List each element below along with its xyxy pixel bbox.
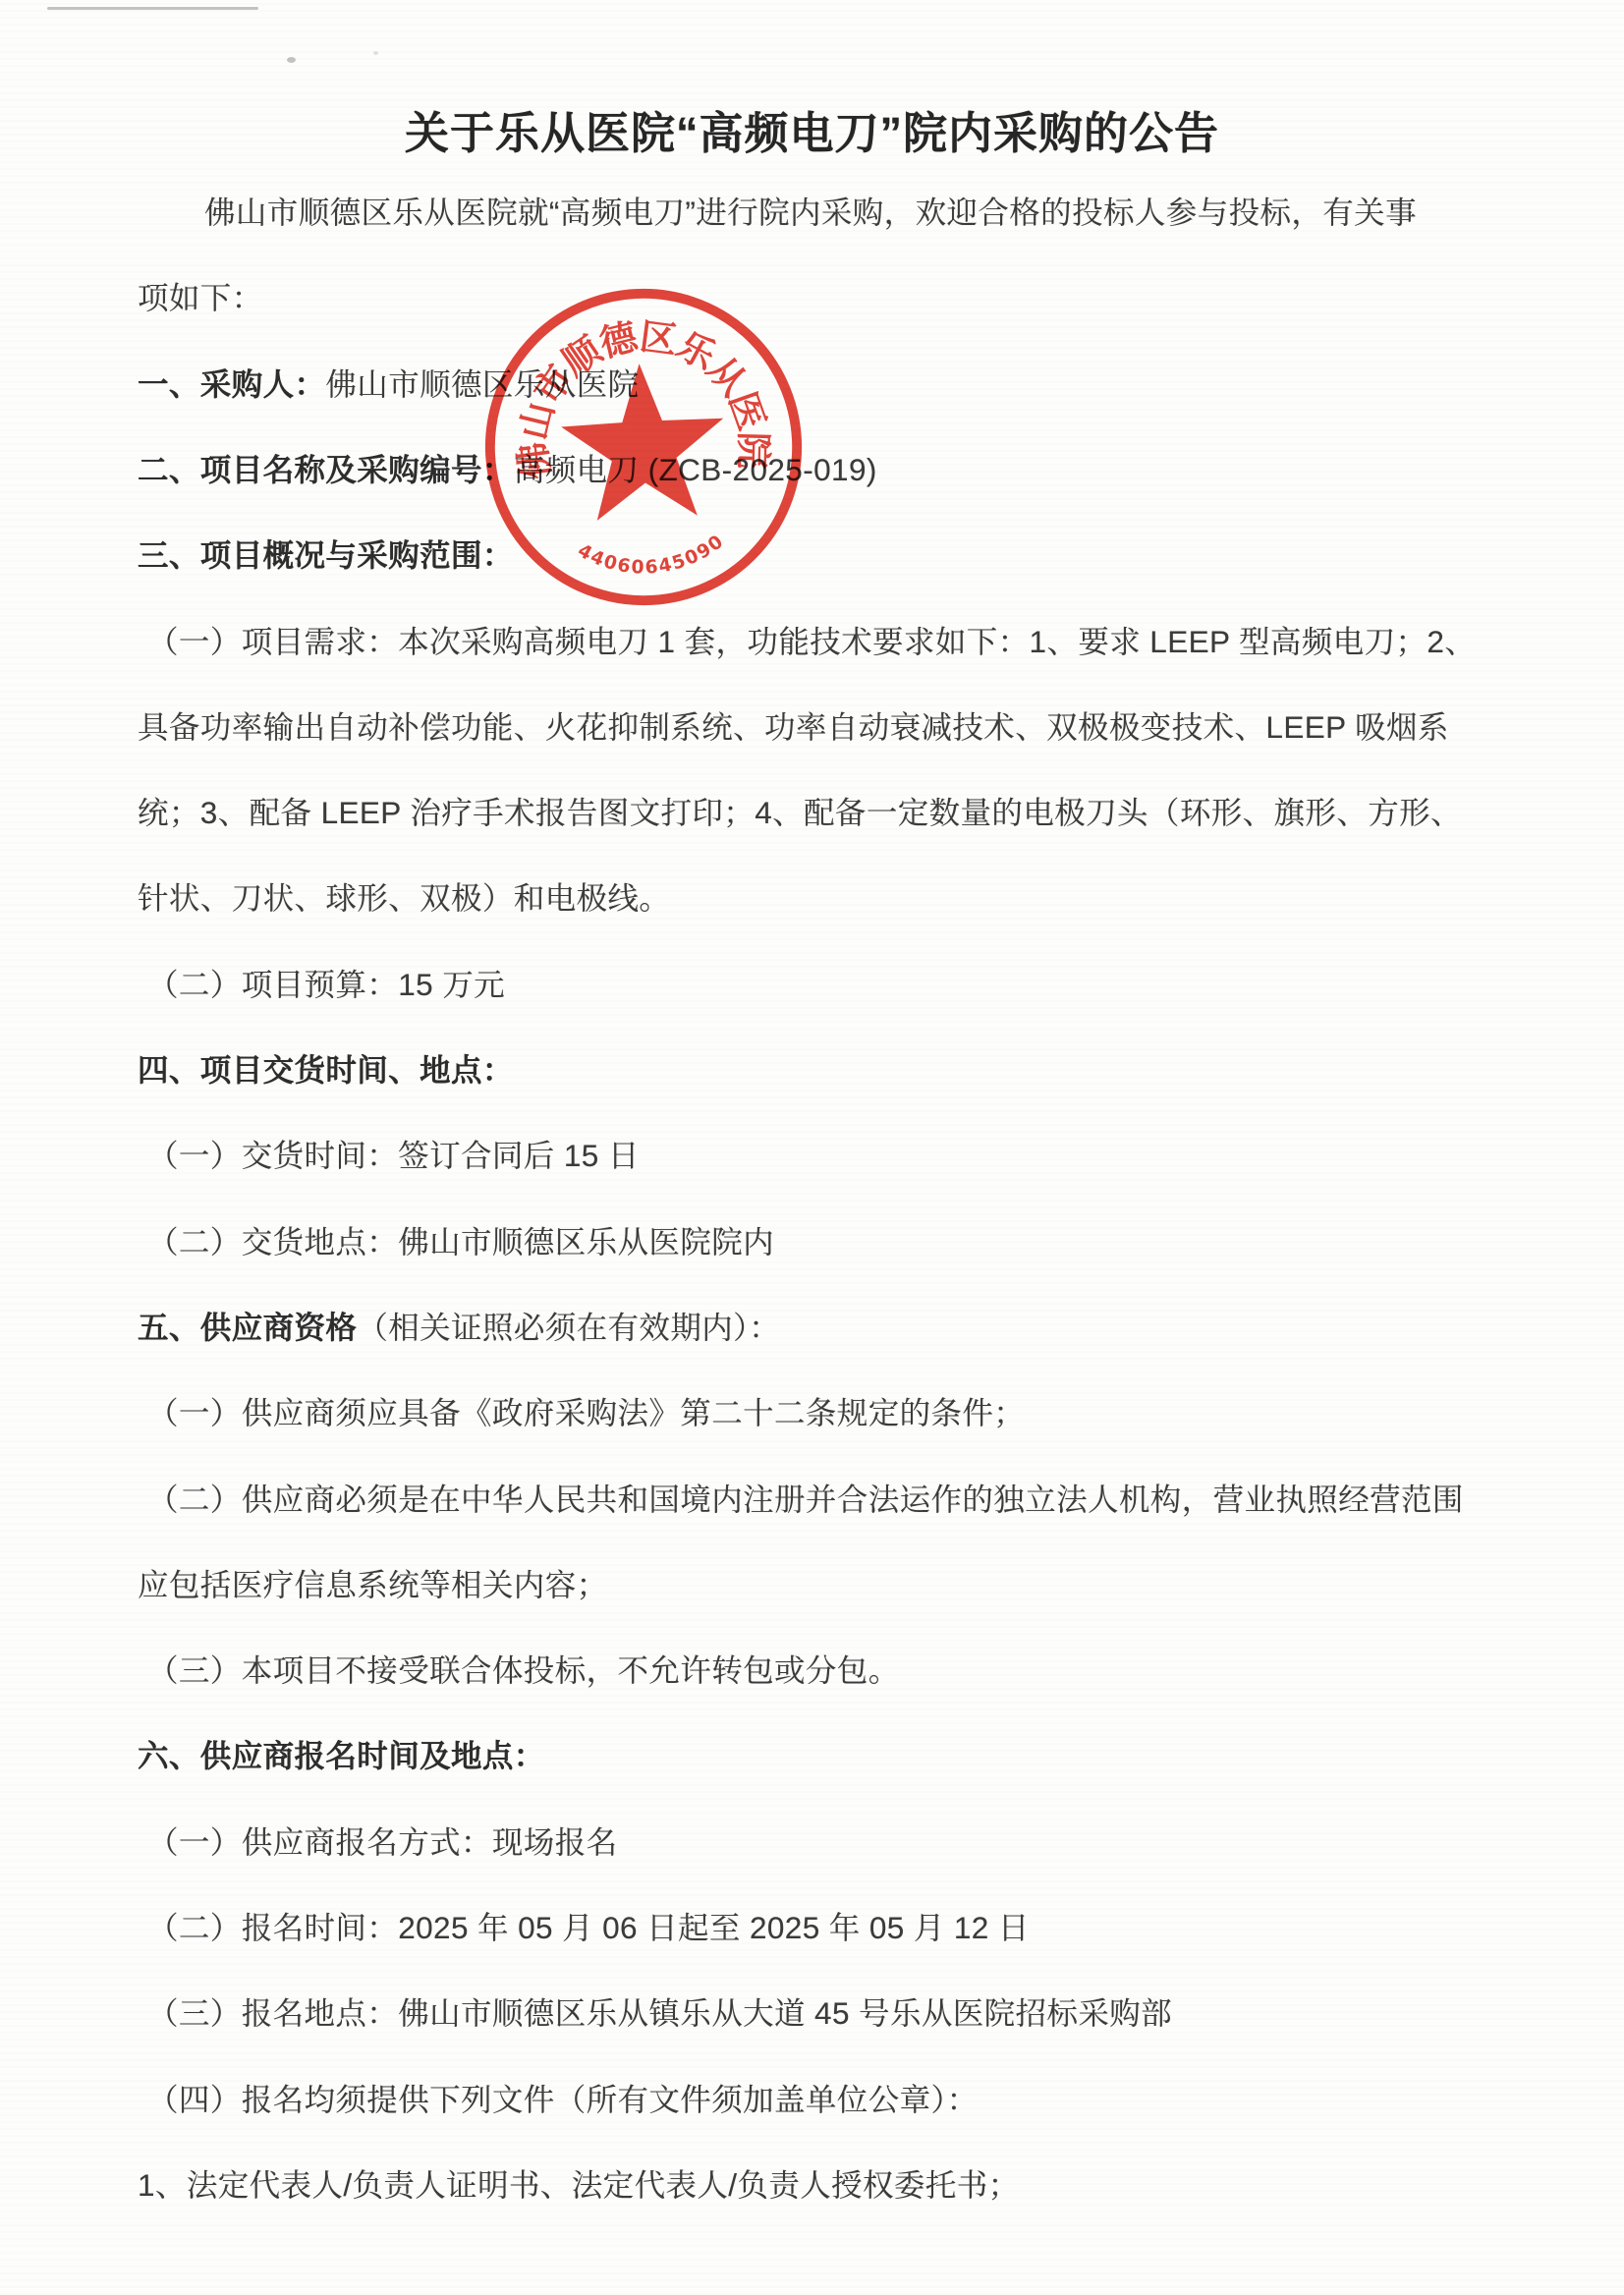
document-line: （三）本项目不接受联合体投标，不允许转包或分包。 (138, 1651, 900, 1690)
document-line: 三、项目概况与采购范围： (138, 535, 514, 575)
star-icon (558, 360, 728, 523)
document-line: （三）报名地点：佛山市顺德区乐从镇乐从大道 45 号乐从医院招标采购部 (138, 1993, 1172, 2033)
seal-graphic: 佛山市顺德区乐从医院 4406064509031 (470, 273, 816, 620)
line-segment: （四）报名均须提供下列文件（所有文件须加盖单位公章）： (147, 2082, 979, 2117)
line-segment: 1、法定代表人/负责人证明书、法定代表人/负责人授权委托书； (138, 2167, 1020, 2203)
line-segment: （二）交货地点：佛山市顺德区乐从医院院内 (147, 1224, 774, 1259)
document-line: （一）供应商须应具备《政府采购法》第二十二条规定的条件； (138, 1393, 1025, 1432)
document-line: 针状、刀状、球形、双极）和电极线。 (138, 878, 670, 918)
line-segment-bold: 五、供应商资格 (138, 1310, 357, 1345)
document-line: 四、项目交货时间、地点： (138, 1050, 514, 1090)
line-segment: （三）本项目不接受联合体投标，不允许转包或分包。 (147, 1652, 900, 1688)
line-segment: （一）供应商须应具备《政府采购法》第二十二条规定的条件； (147, 1395, 1025, 1430)
line-segment: 佛山市顺德区乐从医院就“高频电刀”进行院内采购，欢迎合格的投标人参与投标，有关事 (204, 195, 1417, 230)
line-segment: （二）供应商必须是在中华人民共和国境内注册并合法运作的独立法人机构，营业执照经营… (147, 1482, 1464, 1517)
document-body: 佛山市顺德区乐从医院就“高频电刀”进行院内采购，欢迎合格的投标人参与投标，有关事… (138, 0, 1533, 2295)
document-line: 五、供应商资格（相关证照必须在有效期内）： (138, 1308, 780, 1347)
line-segment: 统；3、配备 LEEP 治疗手术报告图文打印；4、配备一定数量的电极刀头（环形、… (138, 795, 1462, 830)
document-line: 统；3、配备 LEEP 治疗手术报告图文打印；4、配备一定数量的电极刀头（环形、… (138, 793, 1462, 832)
document-line: （四）报名均须提供下列文件（所有文件须加盖单位公章）： (138, 2080, 979, 2119)
document-line: 六、供应商报名时间及地点： (138, 1736, 545, 1775)
document-line: （二）报名时间：2025 年 05 月 06 日起至 2025 年 05 月 1… (138, 1908, 1030, 1947)
document-line: 应包括医疗信息系统等相关内容； (138, 1565, 608, 1604)
document-line: （一）供应商报名方式：现场报名 (138, 1822, 618, 1862)
document-line: （一）项目需求：本次采购高频电刀 1 套，功能技术要求如下：1、要求 LEEP … (138, 622, 1476, 661)
line-segment: 针状、刀状、球形、双极）和电极线。 (138, 880, 670, 916)
scanned-document-page: 关于乐从医院“高频电刀”院内采购的公告 佛山市顺德区乐从医院就“高频电刀”进行院… (0, 0, 1624, 2295)
line-segment-bold: 一、采购人： (138, 366, 325, 402)
line-segment: （相关证照必须在有效期内）： (357, 1310, 780, 1345)
line-segment-bold: 三、项目概况与采购范围： (138, 537, 514, 573)
line-segment: （二）项目预算：15 万元 (147, 967, 505, 1002)
document-line: 佛山市顺德区乐从医院就“高频电刀”进行院内采购，欢迎合格的投标人参与投标，有关事 (138, 193, 1417, 232)
document-line: （二）项目预算：15 万元 (138, 965, 505, 1004)
document-line: 项如下： (138, 278, 263, 317)
document-line: （二）交货地点：佛山市顺德区乐从医院院内 (138, 1222, 774, 1261)
line-segment: （一）项目需求：本次采购高频电刀 1 套，功能技术要求如下：1、要求 LEEP … (147, 624, 1476, 659)
line-segment-bold: 二、项目名称及采购编号： (138, 452, 514, 487)
line-segment: （三）报名地点：佛山市顺德区乐从镇乐从大道 45 号乐从医院招标采购部 (147, 1995, 1172, 2031)
line-segment: （一）交货时间：签订合同后 15 日 (147, 1138, 640, 1173)
official-seal-stamp: 佛山市顺德区乐从医院 4406064509031 (470, 273, 816, 620)
document-line: （一）交货时间：签订合同后 15 日 (138, 1136, 640, 1175)
line-segment: （二）报名时间：2025 年 05 月 06 日起至 2025 年 05 月 1… (147, 1910, 1030, 1945)
document-line: 具备功率输出自动补偿功能、火花抑制系统、功率自动衰减技术、双极极变技术、LEEP… (138, 707, 1449, 747)
line-segment: （一）供应商报名方式：现场报名 (147, 1824, 618, 1860)
document-line: 1、法定代表人/负责人证明书、法定代表人/负责人授权委托书； (138, 2165, 1020, 2205)
line-segment-bold: 四、项目交货时间、地点： (138, 1052, 514, 1088)
document-line: （二）供应商必须是在中华人民共和国境内注册并合法运作的独立法人机构，营业执照经营… (138, 1480, 1464, 1519)
line-segment: 应包括医疗信息系统等相关内容； (138, 1567, 608, 1602)
line-segment-bold: 六、供应商报名时间及地点： (138, 1738, 545, 1773)
line-segment: 具备功率输出自动补偿功能、火花抑制系统、功率自动衰减技术、双极极变技术、LEEP… (138, 709, 1449, 745)
line-segment: 项如下： (138, 280, 263, 315)
